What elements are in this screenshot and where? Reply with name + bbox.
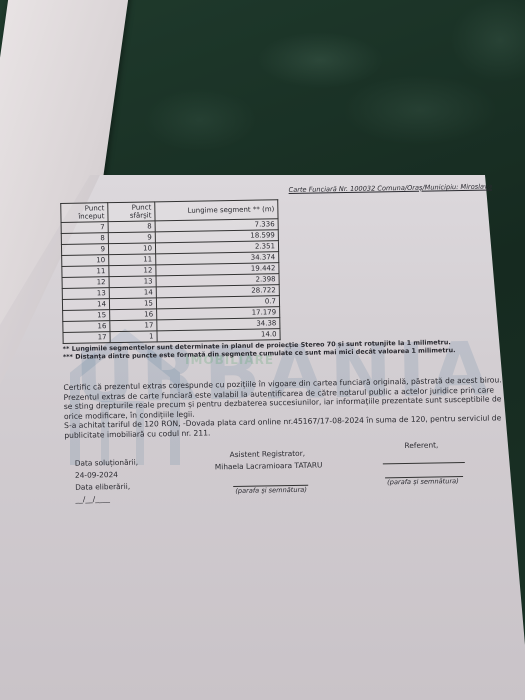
cell-start: 17 [63, 332, 110, 344]
registrar-signature-label: (parafa și semnătura) [235, 485, 307, 494]
column-header-start: Punct început [61, 203, 108, 223]
certification-text: Certific că prezentul extras corespunde … [63, 375, 504, 440]
registrar-title: Asistent Registrator, [230, 448, 306, 458]
cell-start: 9 [61, 244, 108, 256]
signature-block: Data soluționării, 24-09-2024 Data elibe… [64, 439, 505, 507]
cell-start: 10 [62, 255, 109, 267]
segments-table-body: 787.3368918.5999102.351101134.374111219.… [61, 219, 280, 344]
cell-start: 16 [63, 321, 110, 333]
cell-end: 11 [109, 254, 156, 266]
referent-title: Referent, [404, 440, 438, 450]
date-solution-value: 24-09-2024 [75, 470, 118, 480]
cell-start: 11 [62, 266, 109, 278]
registrar-name: Mihaela Lacramioara TATARU [215, 460, 323, 471]
date-solution-label: Data soluționării, [75, 457, 138, 467]
cell-end: 13 [109, 276, 156, 288]
referent-line [383, 462, 465, 464]
cell-end: 10 [108, 243, 155, 255]
cell-start: 8 [61, 233, 108, 245]
referent-signature-label: (parafa și semnătura) [387, 477, 459, 486]
cell-start: 7 [61, 222, 108, 234]
cell-end: 9 [108, 232, 155, 244]
date-issue-value: __/__/____ [75, 494, 110, 504]
segments-table: Punct început Punct sfârșit Lungime segm… [60, 199, 280, 344]
column-header-length: Lungime segment ** (m) [155, 200, 278, 221]
cell-end: 8 [108, 221, 155, 233]
cell-start: 12 [62, 277, 109, 289]
cell-end: 14 [109, 287, 156, 299]
cell-end: 12 [109, 265, 156, 277]
cell-length: 14.0 [157, 329, 280, 342]
date-issue-label: Data eliberării, [75, 481, 130, 491]
cell-end: 1 [110, 331, 157, 343]
cell-start: 13 [62, 288, 109, 300]
cell-end: 15 [109, 298, 156, 310]
cell-end: 16 [110, 309, 157, 321]
cell-start: 14 [62, 299, 109, 311]
cell-end: 17 [110, 320, 157, 332]
cell-start: 15 [63, 310, 110, 322]
column-header-end: Punct sfârșit [108, 202, 155, 222]
land-registry-extract: Carte Funciară Nr. 100032 Comuna/Oraș/Mu… [60, 182, 505, 506]
